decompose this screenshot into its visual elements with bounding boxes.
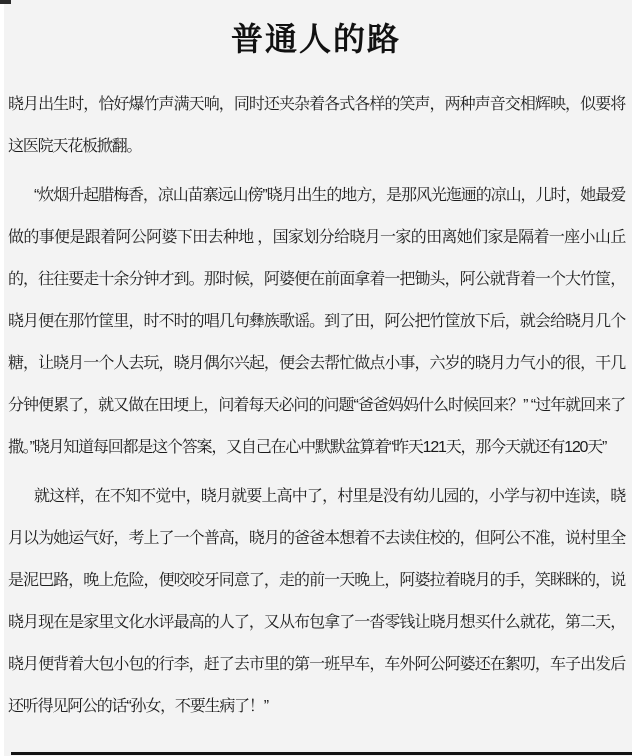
document-title: 普通人的路: [0, 16, 632, 62]
paragraph-1: 晓月出生时，恰好爆竹声满天响，同时还夹杂着各式各样的笑声，两种声音交相辉映，似要…: [8, 84, 625, 168]
top-left-corner-artifact: [0, 0, 11, 4]
document-page: { "document": { "title": "普通人的路", "parag…: [0, 0, 632, 756]
document-body: 晓月出生时，恰好爆竹声满天响，同时还夹杂着各式各样的笑声，两种声音交相辉映，似要…: [0, 84, 632, 728]
paragraph-3: 就这样，在不知不觉中，晓月就要上高中了，村里是没有幼儿园的，小学与初中连读，晓月…: [8, 476, 625, 728]
paragraph-2: “炊烟升起腊梅香，凉山苗寨远山傍”晓月出生的地方，是那风光迤逦的凉山，儿时，她最…: [8, 175, 625, 469]
bottom-border-line: [11, 752, 632, 755]
left-edge-strip: [0, 0, 4, 756]
